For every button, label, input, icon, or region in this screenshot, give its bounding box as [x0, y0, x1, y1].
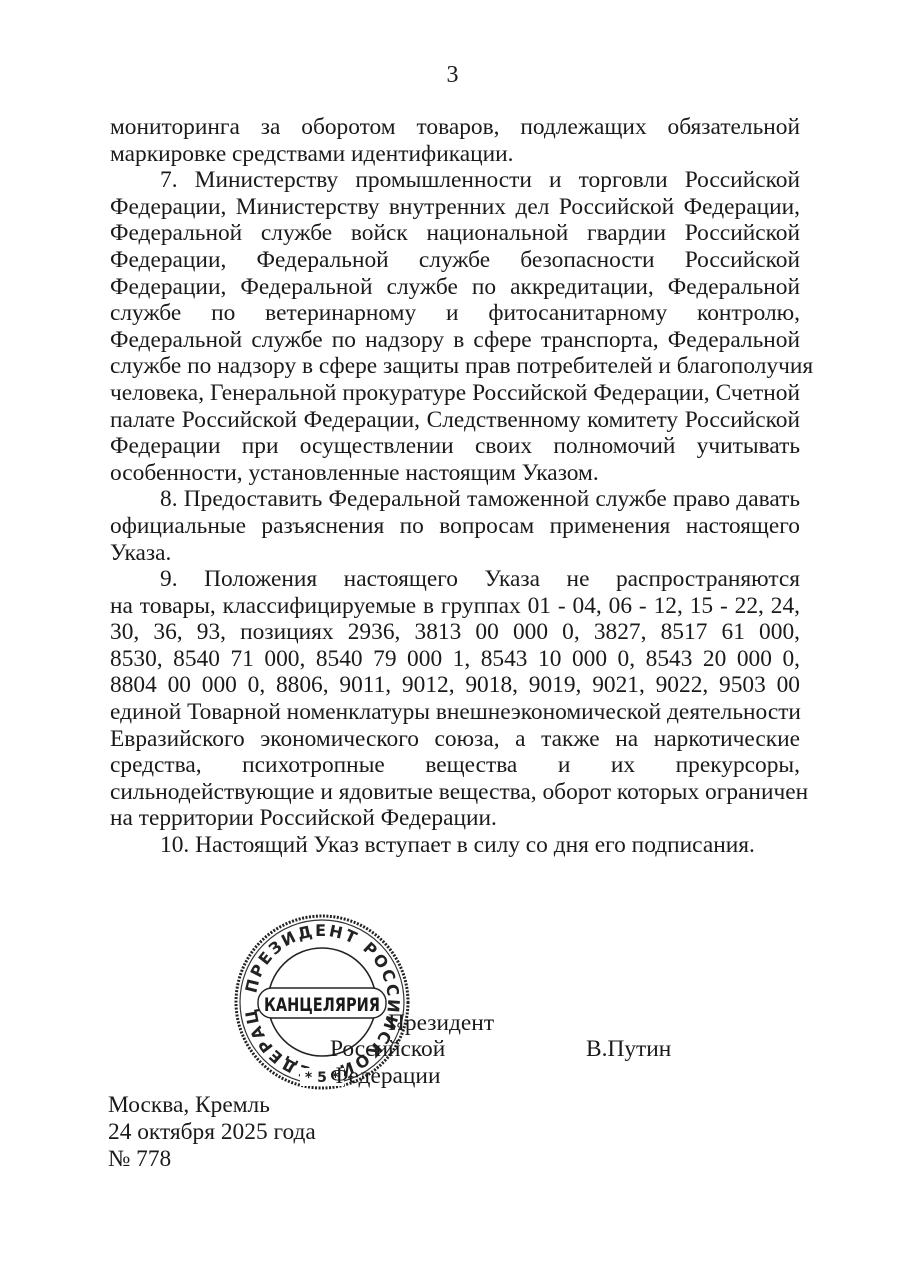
document-footer: Москва, Кремль 24 октября 2025 года № 77… [108, 1092, 316, 1173]
seal-center-text: КАНЦЕЛЯРИЯ [264, 994, 380, 1016]
paragraph-9-start: 9. Положения настоящего Указа не распрос… [110, 566, 800, 593]
signing-date: 24 октября 2025 года [108, 1119, 316, 1146]
text-line: Федерации, Министерству внутренних дел Р… [110, 194, 800, 221]
text-line: Федерации, Федеральной службе по аккреди… [110, 274, 800, 301]
text-line: официальные разъяснения по вопросам прим… [110, 513, 800, 540]
text-line: службе по ветеринарному и фитосанитарном… [110, 300, 800, 327]
text-line: Указа. [110, 540, 800, 567]
decree-body: мониторинга за оборотом товаров, подлежа… [110, 114, 800, 859]
signature-title-line1: Президент [388, 1010, 494, 1037]
text-line: единой Товарной номенклатуры внешнеэконо… [110, 699, 800, 726]
decree-number: № 778 [108, 1146, 316, 1173]
text-line: палате Российской Федерации, Следственно… [110, 407, 800, 434]
text-line: мониторинга за оборотом товаров, подлежа… [110, 114, 800, 141]
text-line: человека, Генеральной прокуратуре Россий… [110, 380, 800, 407]
text-line: Федерации при осуществлении своих полном… [110, 433, 800, 460]
signature-title-line2: Российской Федерации [330, 1036, 445, 1090]
text-line: 30, 36, 93, позициях 2936, 3813 00 000 0… [110, 619, 800, 646]
text-line: сильнодействующие и ядовитые вещества, о… [110, 779, 800, 806]
paragraph-7-start: 7. Министерству промышленности и торговл… [110, 167, 800, 194]
text-line: 8530, 8540 71 000, 8540 79 000 1, 8543 1… [110, 646, 800, 673]
text-line: Федеральной службе по надзору в сфере тр… [110, 327, 800, 354]
text-line: Федерации, Федеральной службе безопаснос… [110, 247, 800, 274]
text-line: Евразийского экономического союза, а так… [110, 726, 800, 753]
signing-place: Москва, Кремль [108, 1092, 316, 1119]
text-line: 8804 00 000 0, 8806, 9011, 9012, 9018, 9… [110, 672, 800, 699]
text-line: маркировке средствами идентификации. [110, 141, 800, 168]
text-line: Федеральной службе войск национальной гв… [110, 220, 800, 247]
text-line: особенности, установленные настоящим Ука… [110, 460, 800, 487]
page-number: 3 [0, 62, 905, 89]
text-line: на товары, классифицируемые в группах 01… [110, 593, 800, 620]
text-line: на территории Российской Федерации. [110, 805, 800, 832]
text-line: средства, психотропные вещества и их пре… [110, 752, 800, 779]
text-line: службе по надзору в сфере защиты прав по… [110, 353, 800, 380]
paragraph-8-start: 8. Предоставить Федеральной таможенной с… [110, 486, 800, 513]
paragraph-10: 10. Настоящий Указ вступает в силу со дн… [110, 832, 800, 859]
signatory-name: В.Путин [586, 1036, 671, 1063]
